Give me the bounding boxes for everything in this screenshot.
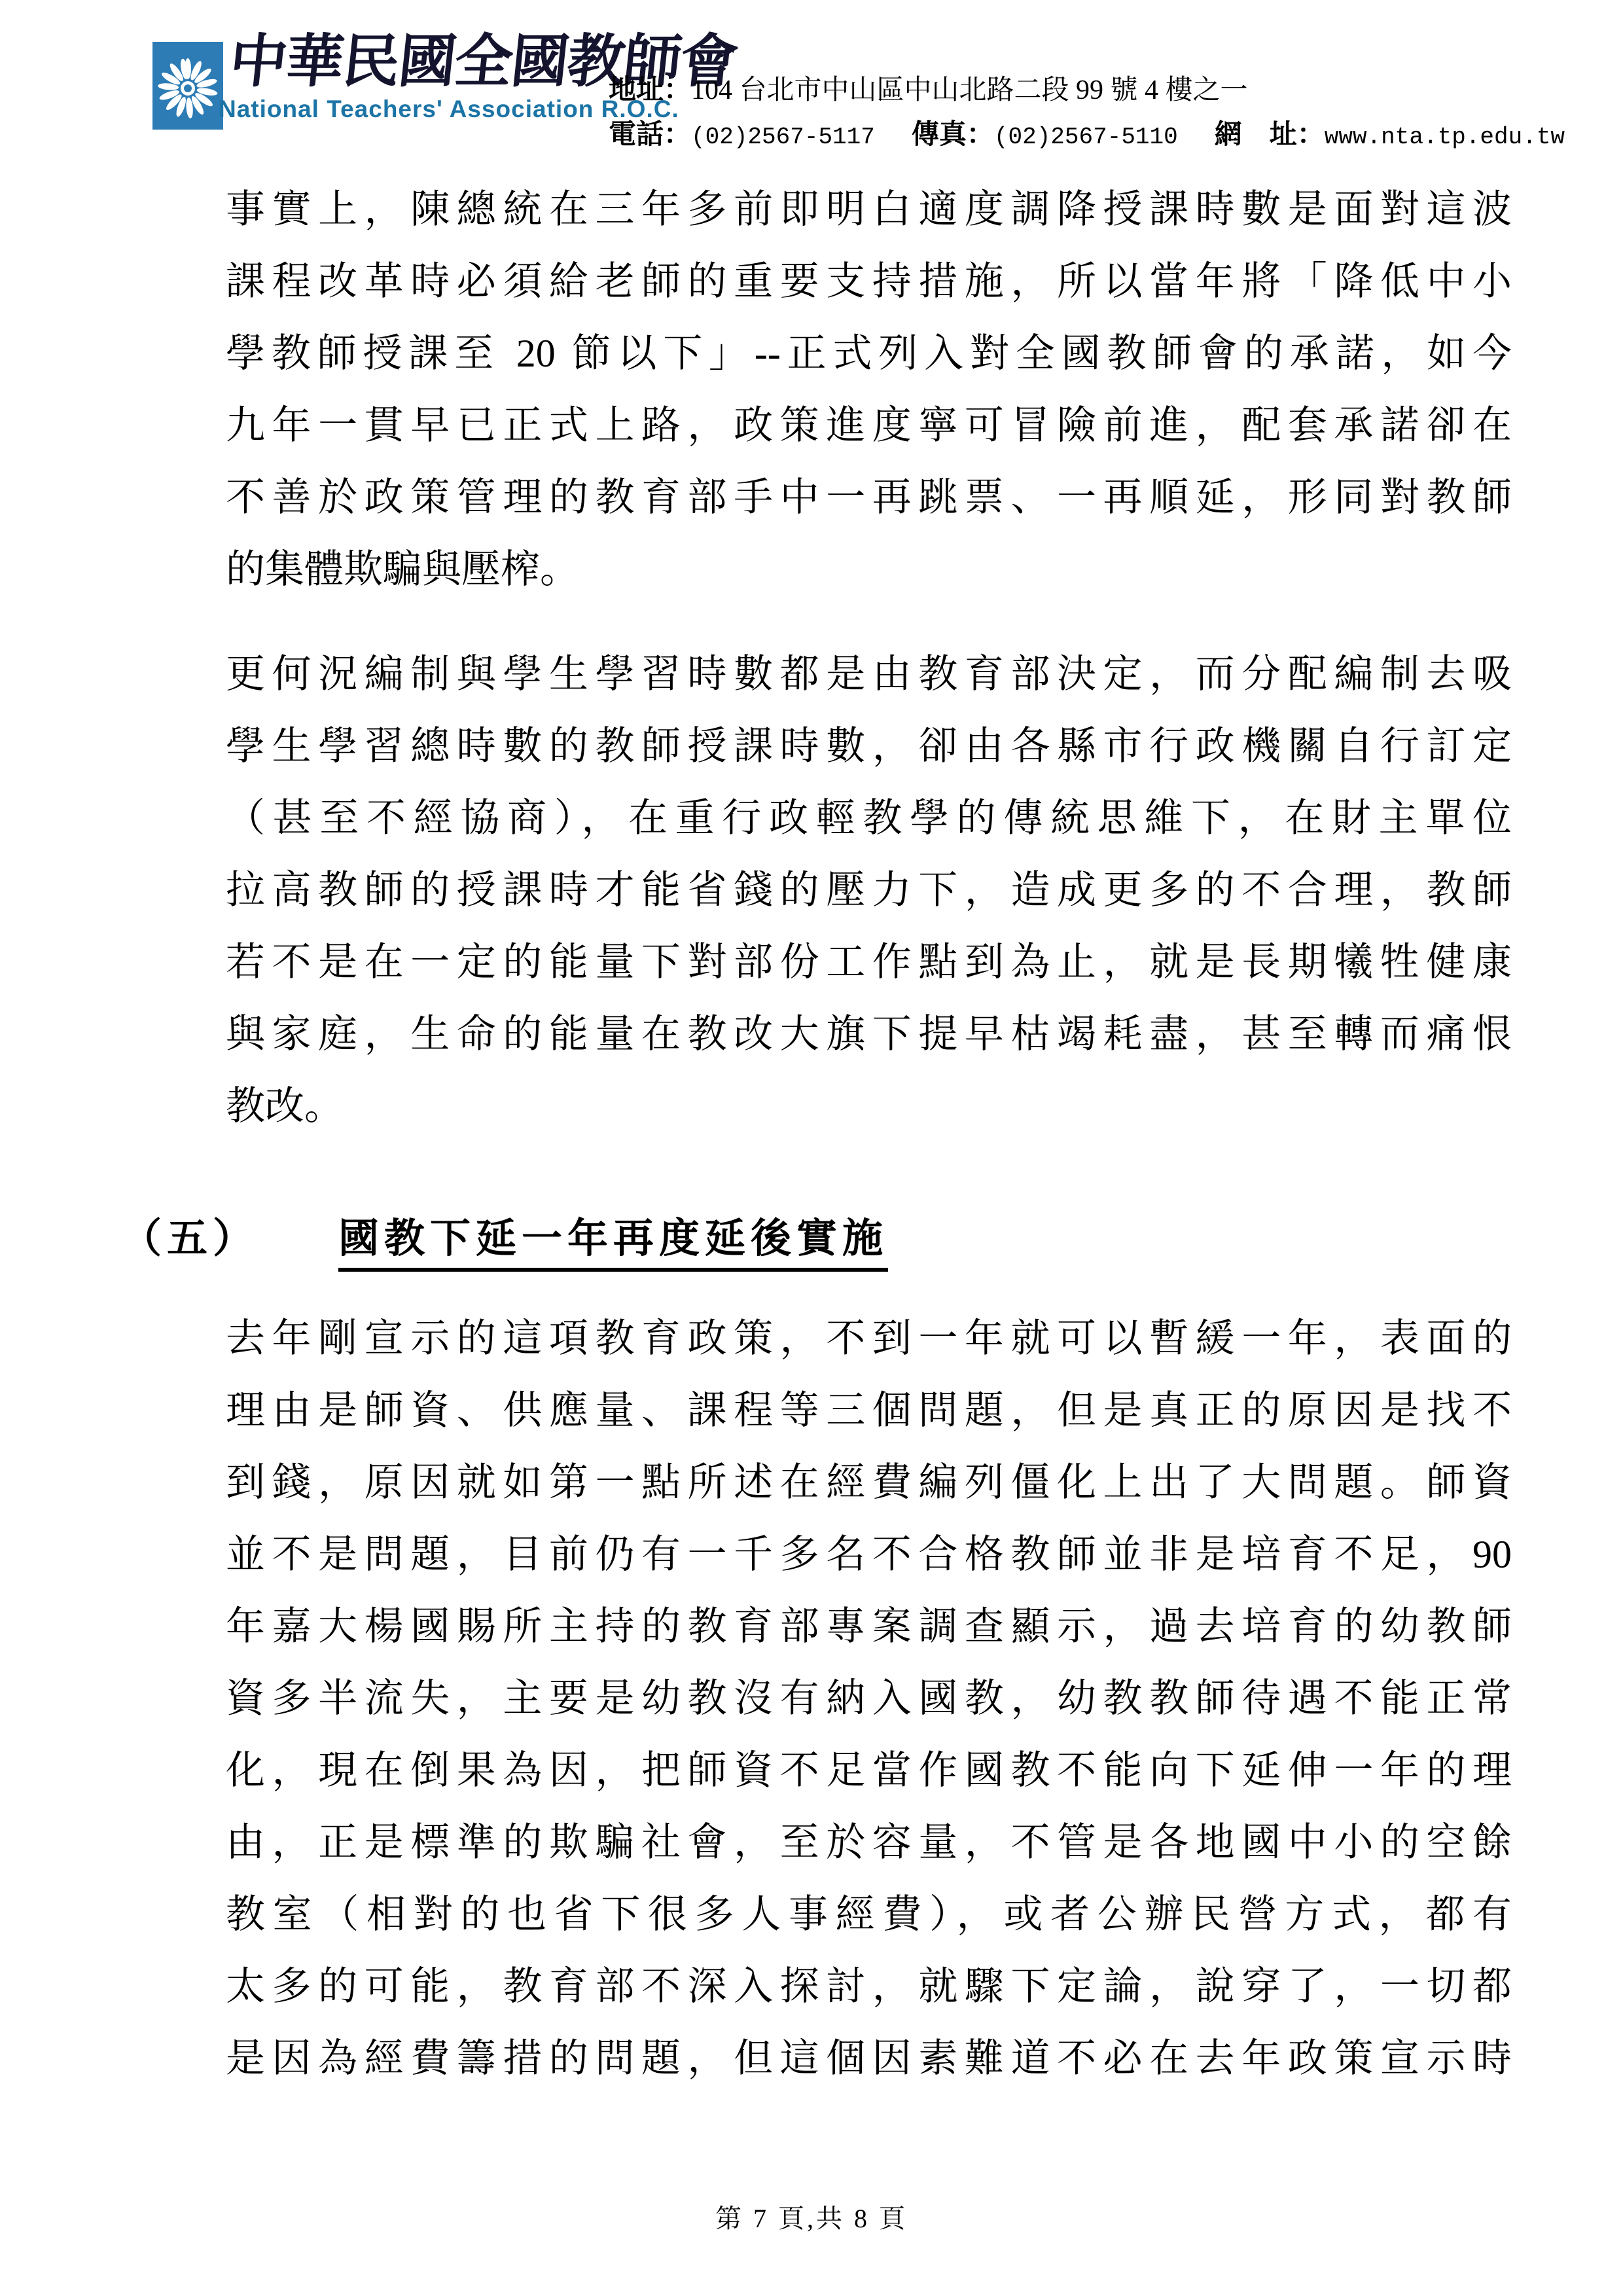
fax-label: 傳真：: [912, 118, 994, 149]
text-line: 教改。: [226, 1070, 1512, 1142]
section-number: （五）: [121, 1217, 259, 1261]
text-line: （甚至不經協商），在重行政輕教學的傳統思維下，在財主單位: [226, 782, 1512, 854]
phone-label: 電話：: [609, 118, 691, 149]
address-label: 地址：: [609, 74, 691, 105]
document-page: 中華民國全國教師會 National Teachers' Association…: [0, 0, 1623, 2296]
text-line: 與家庭，生命的能量在教改大旗下提早枯竭耗盡，甚至轉而痛恨: [226, 998, 1512, 1070]
text-line: 課程改革時必須給老師的重要支持措施，所以當年將「降低中小: [226, 245, 1512, 317]
text-line: 更何況編制與學生學習時數都是由教育部決定，而分配編制去吸: [226, 638, 1512, 710]
fax-segment: 傳真：(02)2567-5110: [912, 113, 1178, 152]
phone-segment: 電話：(02)2567-5117: [609, 113, 875, 152]
web-label: 網 址：: [1215, 118, 1325, 149]
paragraph-2: 更何況編制與學生學習時數都是由教育部決定，而分配編制去吸學生學習總時數的教師授課…: [226, 638, 1512, 1142]
section-heading: （五）國教下延一年再度延後實施: [121, 1206, 888, 1264]
text-line: 的集體欺騙與壓榨。: [226, 533, 1512, 605]
text-line: 事實上，陳總統在三年多前即明白適度調降授課時數是面對這波: [226, 173, 1512, 245]
page-number: 第 7 頁,共 8 頁: [0, 2198, 1623, 2235]
flower-logo-icon: [155, 45, 221, 126]
paragraph-1: 事實上，陳總統在三年多前即明白適度調降授課時數是面對這波課程改革時必須給老師的重…: [226, 173, 1512, 605]
text-line: 九年一貫早已正式上路，政策進度寧可冒險前進，配套承諾卻在: [226, 389, 1512, 461]
web-value: www.nta.tp.edu.tw: [1325, 124, 1565, 151]
text-line: 由，正是標準的欺騙社會，至於容量，不管是各地國中小的空餘: [226, 1806, 1512, 1878]
phone-value: (02)2567-5117: [691, 124, 875, 151]
text-line: 並不是問題，目前仍有一千多名不合格教師並非是培育不足，90: [226, 1518, 1512, 1590]
text-line: 理由是師資、供應量、課程等三個問題，但是真正的原因是找不: [226, 1374, 1512, 1446]
section-title: 國教下延一年再度延後實施: [338, 1217, 888, 1272]
text-line: 資多半流失，主要是幼教沒有納入國教，幼教教師待遇不能正常: [226, 1662, 1512, 1734]
text-line: 學生學習總時數的教師授課時數，卻由各縣市行政機關自行訂定: [226, 710, 1512, 782]
text-line: 不善於政策管理的教育部手中一再跳票、一再順延，形同對教師: [226, 461, 1512, 533]
text-line: 太多的可能，教育部不深入探討，就驟下定論，說穿了，一切都: [226, 1950, 1512, 2022]
contact-line: 電話：(02)2567-5117 傳真：(02)2567-5110 網 址：ww…: [609, 113, 1565, 152]
text-line: 拉高教師的授課時才能省錢的壓力下，造成更多的不合理，教師: [226, 854, 1512, 926]
fax-value: (02)2567-5110: [994, 124, 1178, 151]
org-logo: [152, 42, 223, 130]
text-line: 年嘉大楊國賜所主持的教育部專案調查顯示，過去培育的幼教師: [226, 1590, 1512, 1662]
text-line: 去年剛宣示的這項教育政策，不到一年就可以暫緩一年，表面的: [226, 1302, 1512, 1374]
text-line: 是因為經費籌措的問題，但這個因素難道不必在去年政策宣示時: [226, 2022, 1512, 2094]
text-line: 教室（相對的也省下很多人事經費），或者公辦民營方式，都有: [226, 1878, 1512, 1950]
text-line: 學教師授課至 20 節以下」--正式列入對全國教師會的承諾，如今: [226, 317, 1512, 389]
text-line: 到錢，原因就如第一點所述在經費編列僵化上出了大問題。師資: [226, 1446, 1512, 1518]
text-line: 化，現在倒果為因，把師資不足當作國教不能向下延伸一年的理: [226, 1734, 1512, 1806]
paragraph-3: 去年剛宣示的這項教育政策，不到一年就可以暫緩一年，表面的理由是師資、供應量、課程…: [226, 1302, 1512, 2094]
address-line: 地址：104 台北市中山區中山北路二段 99 號 4 樓之一: [609, 68, 1248, 107]
text-line: 若不是在一定的能量下對部份工作點到為止，就是長期犧牲健康: [226, 926, 1512, 998]
address-value: 104 台北市中山區中山北路二段 99 號 4 樓之一: [691, 75, 1248, 105]
web-segment: 網 址：www.nta.tp.edu.tw: [1215, 113, 1565, 152]
